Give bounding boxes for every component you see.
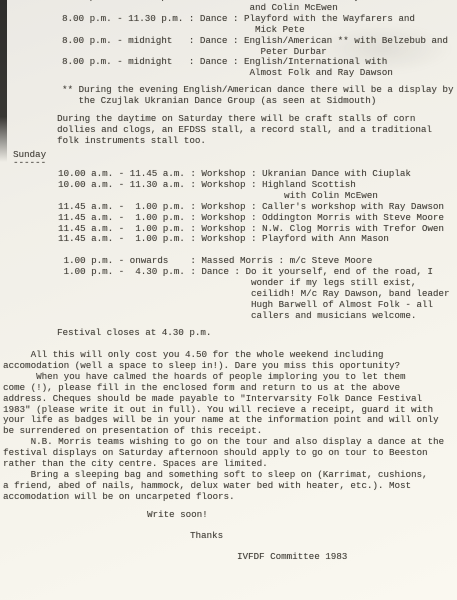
thanks-text: Thanks (190, 531, 223, 542)
schedule-line: Mick Pete (62, 25, 448, 36)
festival-close-line: Festival closes at 4.30 p.m. (57, 328, 211, 339)
schedule-line: 8.00 p.m. - midnight : Dance : English/A… (62, 36, 448, 47)
saturday-evening-schedule: 8.00 p.m. - 11.30 p.m. : Dance : Scottis… (62, 0, 448, 79)
scan-edge-artifact (0, 0, 7, 162)
schedule-line: callers and musicians welcome. (58, 311, 449, 322)
committee-text: IVFDF Committee 1983 (237, 552, 347, 563)
sunday-heading: Sunday ------ (13, 150, 46, 169)
note-line: the Czujlak Ukranian Dance Group (as see… (62, 96, 453, 107)
schedule-line: 11.45 a.m. - 1.00 p.m. : Workshop : Play… (58, 234, 449, 245)
sunday-heading-underline: ------ (13, 158, 46, 169)
display-note: ** During the evening English/American d… (62, 85, 453, 107)
schedule-line: 11.45 a.m. - 1.00 p.m. : Workshop : Oddi… (58, 213, 449, 224)
signoff-write-soon: Write soon! (147, 510, 208, 521)
paragraph-line: accomodation will be on uncarpeted floor… (3, 492, 444, 503)
saturday-daytime-paragraph: During the daytime on Saturday there wil… (57, 114, 432, 147)
signoff-committee: IVFDF Committee 1983 (237, 552, 347, 563)
schedule-line: 11.45 a.m. - 1.00 p.m. : Workshop : Call… (58, 202, 449, 213)
sunday-schedule: 10.00 a.m. - 11.45 a.m. : Workshop : Ukr… (58, 169, 449, 322)
festival-close-text: Festival closes at 4.30 p.m. (57, 328, 211, 339)
paragraph-line: come (!), please fill in the enclosed fo… (3, 383, 444, 394)
paragraph-line: address. Cheques should be made payable … (3, 394, 444, 405)
scanned-document-page: 8.00 p.m. - 11.30 p.m. : Dance : Scottis… (0, 0, 457, 600)
signoff-thanks: Thanks (190, 531, 223, 542)
schedule-line: Almost Folk and Ray Dawson (62, 68, 448, 79)
info-paragraphs: All this will only cost you 4.50 for the… (3, 350, 444, 503)
paragraph-line: folk instruments stall too. (57, 136, 432, 147)
write-soon-text: Write soon! (147, 510, 208, 521)
